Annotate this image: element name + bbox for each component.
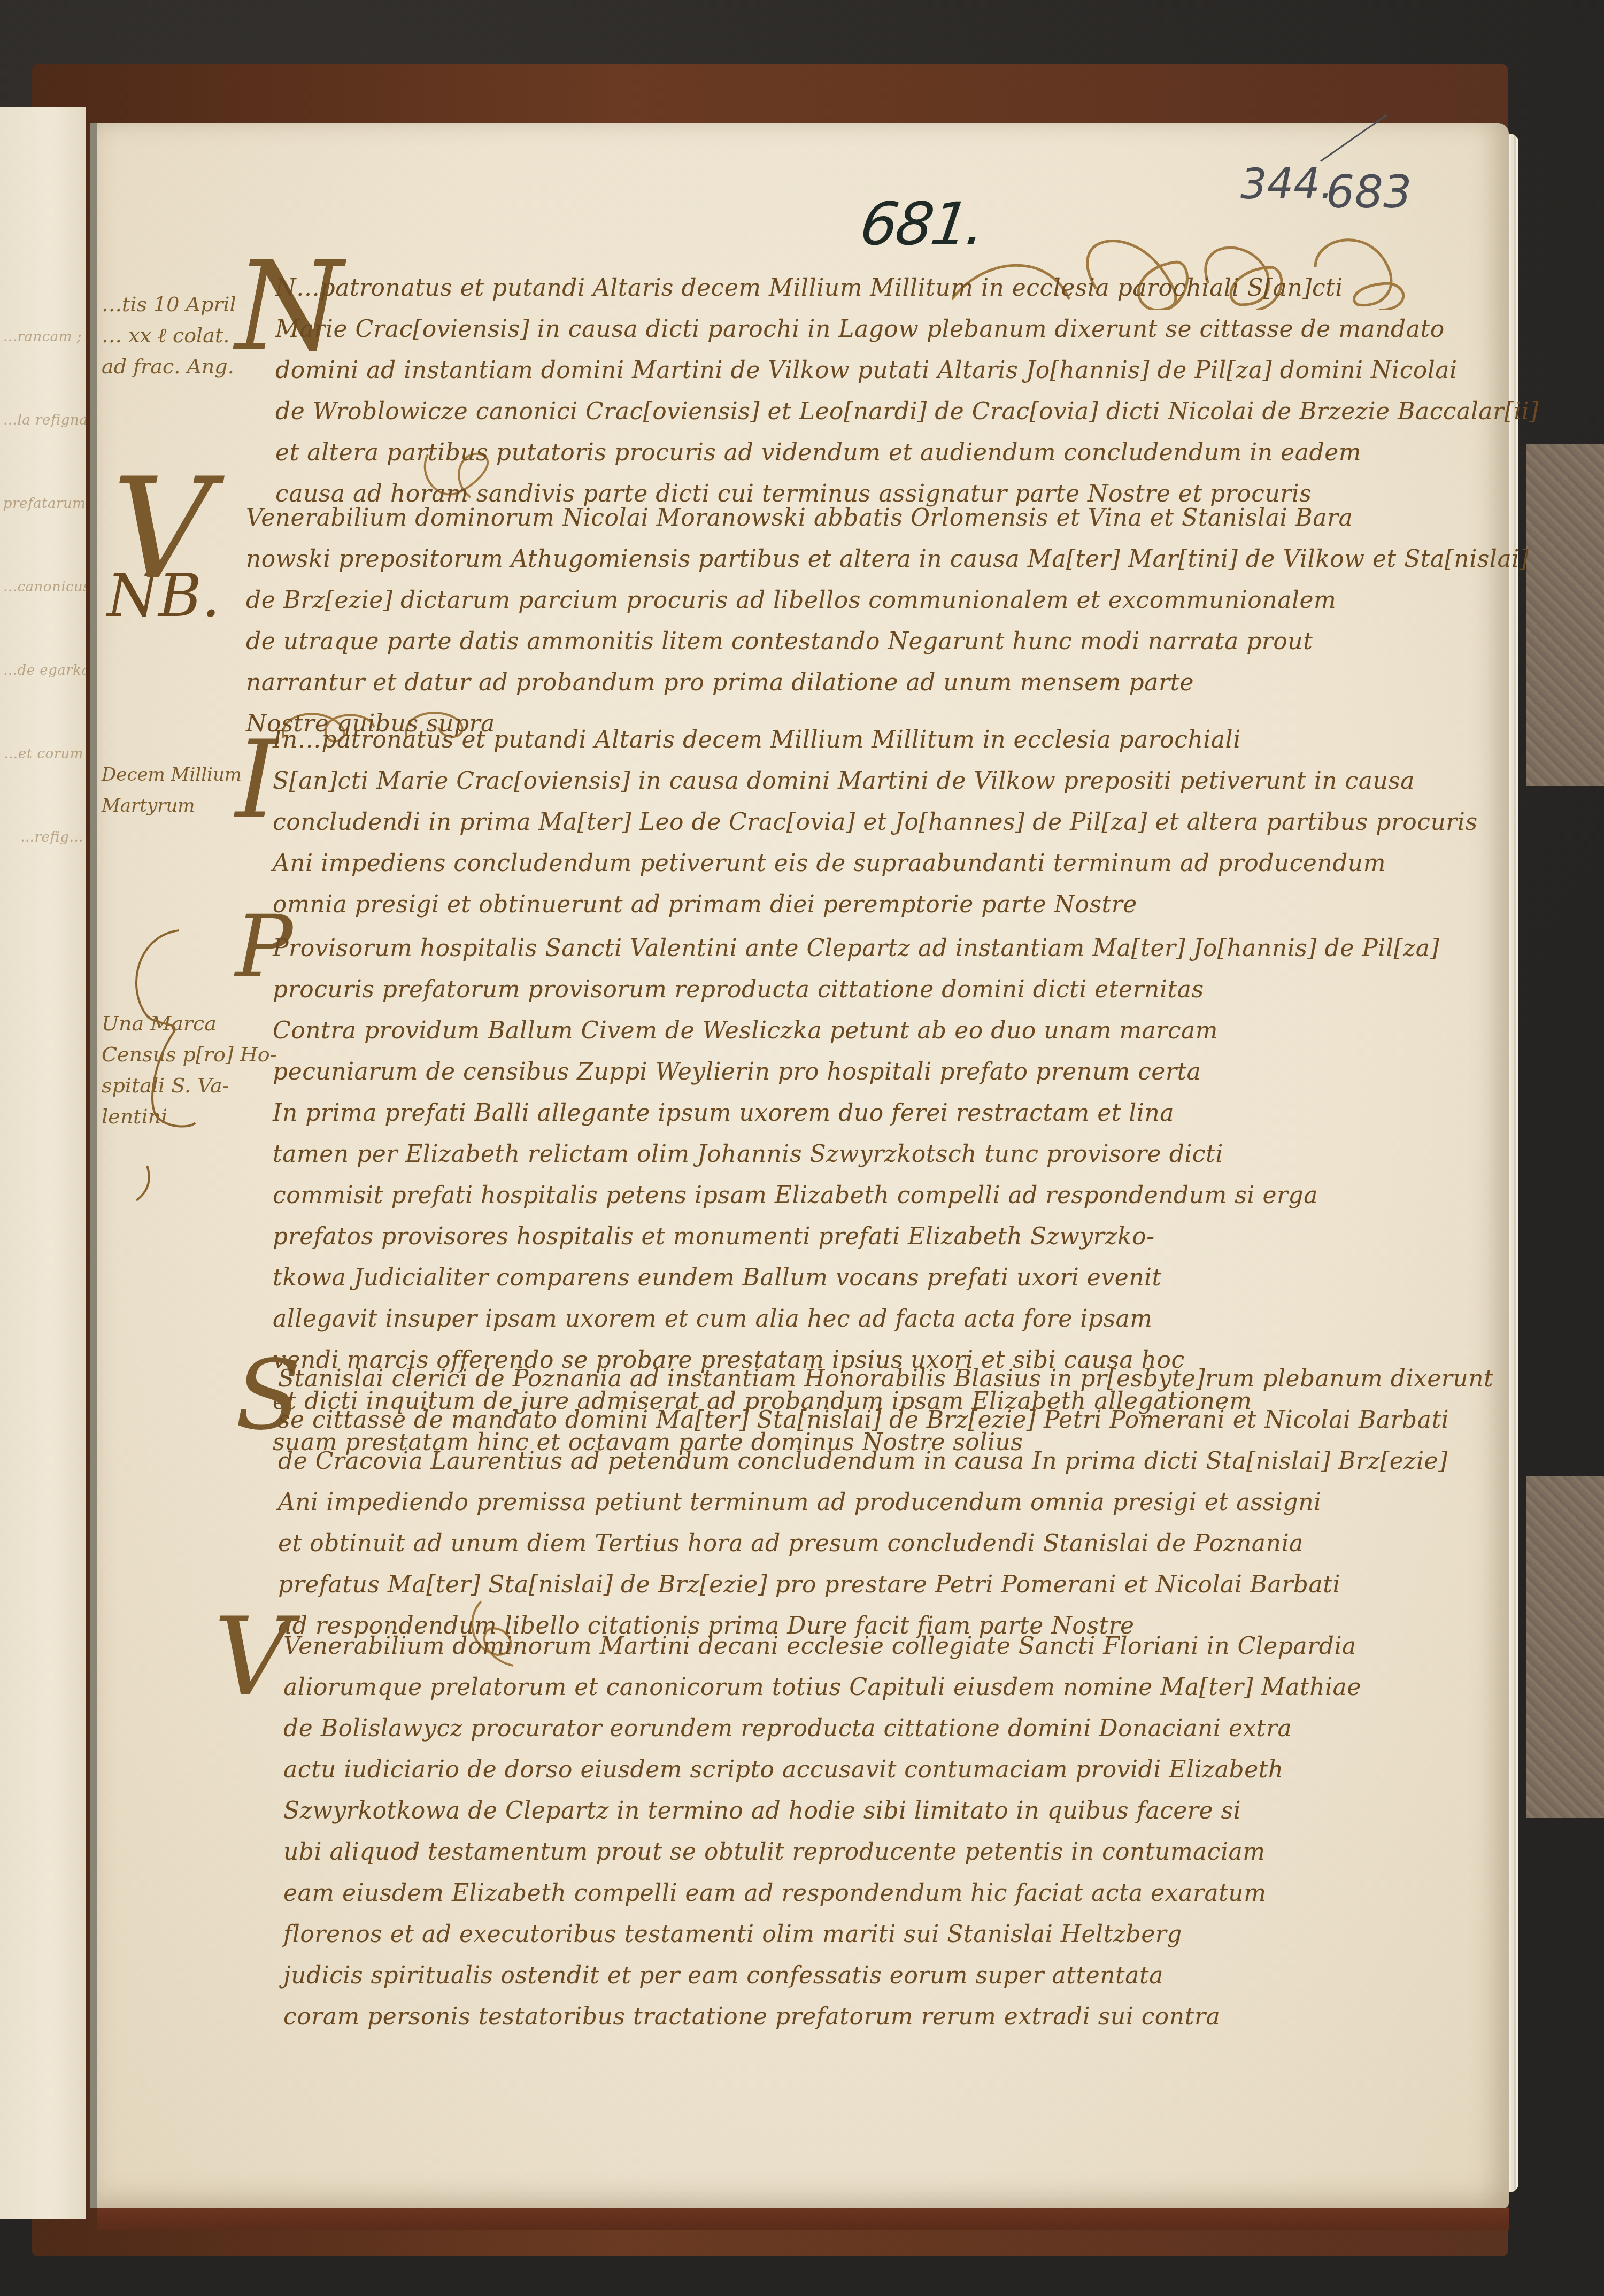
entry-line: de Wroblowicze canonici Crac[oviensis] e…: [275, 391, 1539, 432]
entry-line: Ani impediendo premissa petiunt terminum…: [278, 1482, 1493, 1523]
facing-page-text: …rancam ; et …la refignavit prefatarum ……: [3, 267, 83, 907]
entry-line: de utraque parte datis ammonitis litem c…: [246, 621, 1529, 662]
bracket-flourish-entry-4: [115, 925, 200, 1203]
entry-5-text: Stanislai clerici de Poznania ad instant…: [278, 1358, 1493, 1646]
entry-line: omnia presigi et obtinuerunt ad primam d…: [273, 884, 1478, 925]
initial-letter-entry-6: V: [214, 1604, 291, 1711]
facing-page-left: …rancam ; et …la refignavit prefatarum ……: [0, 107, 86, 2219]
entry-line: nowski prepositorum Athugomiensis partib…: [246, 538, 1529, 580]
entry-line: prefatus Ma[ter] Sta[nislai] de Brz[ezie…: [278, 1564, 1493, 1605]
entry-line: et obtinuit ad unum diem Tertius hora ad…: [278, 1523, 1493, 1564]
entry-line: prefatos provisores hospitalis et monume…: [273, 1216, 1439, 1257]
entry-line: Contra providum Ballum Civem de Wesliczk…: [273, 1010, 1439, 1051]
entry-3-text: In…patronatus et putandi Altaris decem M…: [273, 719, 1478, 925]
entry-line: et altera partibus putatoris procuris ad…: [275, 432, 1539, 473]
entry-line: N…patronatus et putandi Altaris decem Mi…: [275, 267, 1539, 309]
entry-line: procuris prefatorum provisorum reproduct…: [273, 969, 1439, 1010]
entry-line: de Cracovia Laurentius ad petendum concl…: [278, 1440, 1493, 1482]
entry-line: In prima prefati Balli allegante ipsum u…: [273, 1092, 1439, 1134]
entry-line: Ani impediens concludendum petiverunt ei…: [273, 843, 1478, 884]
entry-line: eam eiusdem Elizabeth compelli eam ad re…: [283, 1873, 1361, 1914]
margin-note-entry-1: …tis 10 April … xx ℓ colat. ad frac. Ang…: [102, 289, 236, 382]
clasp-strap-lower: [1526, 1476, 1604, 1818]
entry-line: tkowa Judicialiter comparens eundem Ball…: [273, 1257, 1439, 1298]
entry-line: de Brz[ezie] dictarum parcium procuris a…: [246, 580, 1529, 621]
entry-line: se cittasse de mandato domini Ma[ter] St…: [278, 1399, 1493, 1440]
entry-line: Stanislai clerici de Poznania ad instant…: [278, 1358, 1493, 1399]
entry-line: actu iudiciario de dorso eiusdem scripto…: [283, 1749, 1361, 1790]
entry-line: Provisorum hospitalis Sancti Valentini a…: [273, 928, 1439, 969]
entry-line: de Bolislawycz procurator eorundem repro…: [283, 1708, 1361, 1749]
entry-line: narrantur et datur ad probandum pro prim…: [246, 662, 1529, 703]
entry-2-text: Venerabilium dominorum Nicolai Moranowsk…: [246, 497, 1529, 744]
bottom-binding-edge: [97, 2208, 1509, 2230]
initial-letter-entry-2: V: [112, 460, 213, 599]
entry-line: Venerabilium dominorum Martini decani ec…: [283, 1625, 1361, 1667]
entry-line: judicis spiritualis ostendit et per eam …: [283, 1955, 1361, 1996]
entry-1-text: N…patronatus et putandi Altaris decem Mi…: [275, 267, 1539, 514]
entry-line: Szwyrkotkowa de Clepartz in termino ad h…: [283, 1790, 1361, 1831]
initial-letter-entry-3: I: [235, 727, 277, 834]
entry-line: Venerabilium dominorum Nicolai Moranowsk…: [246, 497, 1529, 538]
entry-line: concludendi in prima Ma[ter] Leo de Crac…: [273, 802, 1478, 843]
gutter: [90, 123, 97, 2208]
entry-line: domini ad instantiam domini Martini de V…: [275, 350, 1539, 391]
entry-line: ubi aliquod testamentum prout se obtulit…: [283, 1831, 1361, 1873]
entry-line: pecuniarum de censibus Zuppi Weylierin p…: [273, 1051, 1439, 1092]
entry-line: florenos et ad executoribus testamenti o…: [283, 1914, 1361, 1955]
entry-line: In…patronatus et putandi Altaris decem M…: [273, 719, 1478, 760]
entry-line: allegavit insuper ipsam uxorem et cum al…: [273, 1298, 1439, 1339]
entry-line: coram personis testatoribus tractatione …: [283, 1996, 1361, 2037]
margin-note-entry-3: Decem Millium Martyrum: [102, 759, 242, 821]
entry-6-text: Venerabilium dominorum Martini decani ec…: [283, 1625, 1361, 2037]
entry-line: tamen per Elizabeth relictam olim Johann…: [273, 1134, 1439, 1175]
entry-line: Marie Crac[oviensis] in causa dicti paro…: [275, 309, 1539, 350]
folio-number-pencil: 344.: [1240, 160, 1333, 209]
entry-line: S[an]cti Marie Crac[oviensis] in causa d…: [273, 760, 1478, 802]
entry-line: aliorumque prelatorum et canonicorum tot…: [283, 1667, 1361, 1708]
entry-line: commisit prefati hospitalis petens ipsam…: [273, 1175, 1439, 1216]
